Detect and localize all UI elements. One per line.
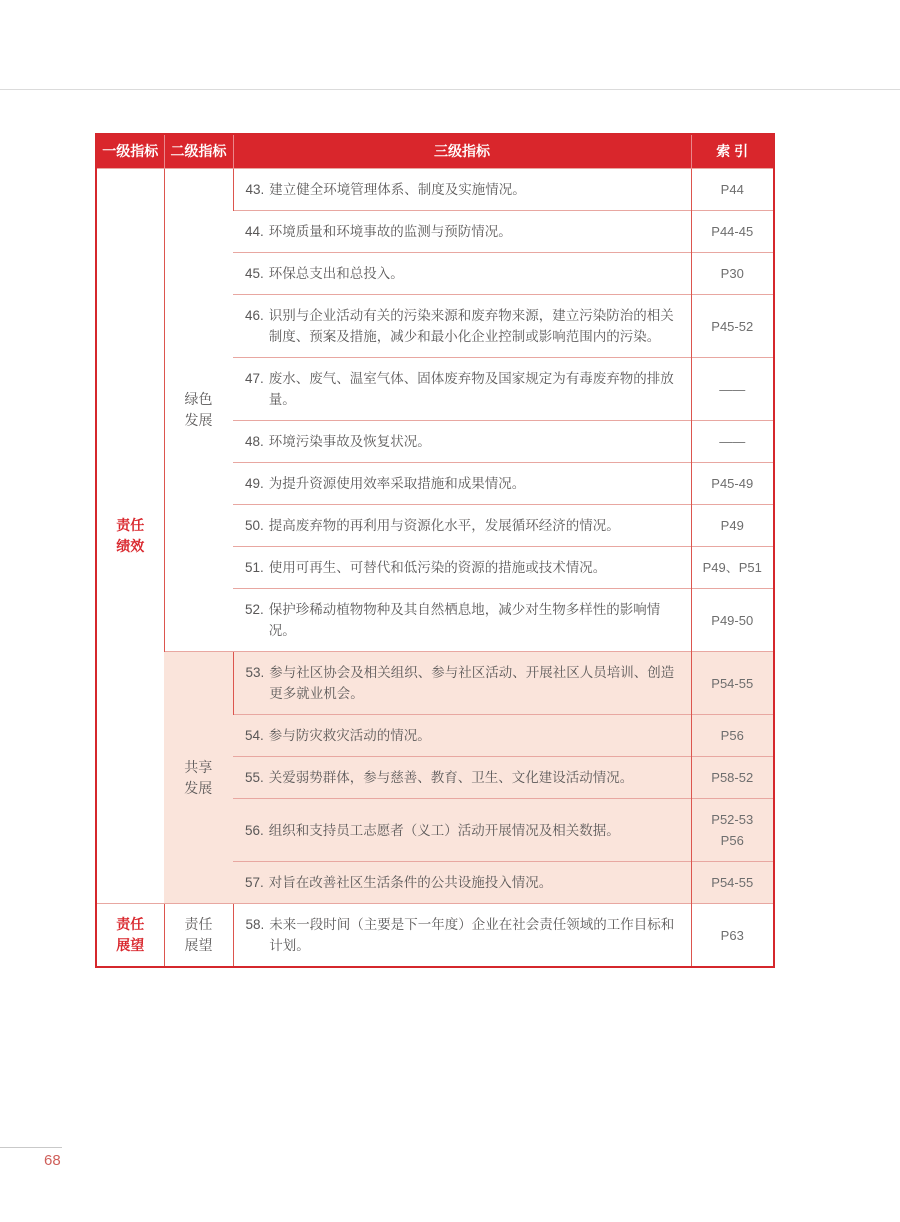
indicator-number: 44. <box>245 221 264 242</box>
index-cell: —— <box>691 421 774 463</box>
header-row: 一级指标二级指标三级指标索 引 <box>96 134 774 169</box>
level2-indicator-cell: 绿色 发展 <box>164 169 233 652</box>
level3-indicator-cell: 54.参与防灾救灾活动的情况。 <box>233 715 691 757</box>
indicator-index-section: 一级指标二级指标三级指标索 引 责任 绩效绿色 发展43.建立健全环境管理体系、… <box>95 133 773 968</box>
level3-indicator-cell: 53.参与社区协会及相关组织、参与社区活动、开展社区人员培训、创造更多就业机会。 <box>233 652 691 715</box>
indicator-number: 43. <box>246 179 265 200</box>
indicator-number: 56. <box>245 820 264 841</box>
indicator-text: 环保总支出和总投入。 <box>269 263 681 284</box>
column-header-3: 三级指标 <box>233 134 691 169</box>
indicator-number: 47. <box>245 368 264 410</box>
index-cell: P49-50 <box>691 589 774 652</box>
level3-indicator-cell: 48.环境污染事故及恢复状况。 <box>233 421 691 463</box>
indicator-text: 提高废弃物的再利用与资源化水平，发展循环经济的情况。 <box>269 515 681 536</box>
table-row: 责任 绩效绿色 发展43.建立健全环境管理体系、制度及实施情况。P44 <box>96 169 774 211</box>
indicator-text: 关爱弱势群体，参与慈善、教育、卫生、文化建设活动情况。 <box>269 767 681 788</box>
level1-indicator-cell: 责任 展望 <box>96 904 164 968</box>
level3-indicator-cell: 58.未来一段时间（主要是下一年度）企业在社会责任领域的工作目标和计划。 <box>233 904 691 968</box>
indicator-text: 环境质量和环境事故的监测与预防情况。 <box>269 221 681 242</box>
indicator-text: 环境污染事故及恢复状况。 <box>269 431 681 452</box>
index-cell: P58-52 <box>691 757 774 799</box>
indicator-text: 废水、废气、温室气体、固体废弃物及国家规定为有毒废弃物的排放量。 <box>269 368 681 410</box>
page-footer: 68 <box>0 1147 120 1169</box>
indicator-text: 未来一段时间（主要是下一年度）企业在社会责任领域的工作目标和计划。 <box>269 914 680 956</box>
indicator-text: 组织和支持员工志愿者（义工）活动开展情况及相关数据。 <box>269 820 681 841</box>
level2-indicator-cell: 责任 展望 <box>164 904 233 968</box>
indicator-number: 55. <box>245 767 264 788</box>
indicator-number: 57. <box>245 872 264 893</box>
indicator-text: 对旨在改善社区生活条件的公共设施投入情况。 <box>269 872 681 893</box>
index-cell: P49 <box>691 505 774 547</box>
column-header-1: 一级指标 <box>96 134 164 169</box>
indicator-text: 识别与企业活动有关的污染来源和废弃物来源，建立污染防治的相关制度、预案及措施，减… <box>269 305 681 347</box>
index-cell: —— <box>691 358 774 421</box>
level3-indicator-cell: 49.为提升资源使用效率采取措施和成果情况。 <box>233 463 691 505</box>
index-cell: P44-45 <box>691 211 774 253</box>
index-cell: P56 <box>691 715 774 757</box>
index-cell: P44 <box>691 169 774 211</box>
indicator-number: 50. <box>245 515 264 536</box>
index-cell: P54-55 <box>691 652 774 715</box>
level2-indicator-cell: 共享 发展 <box>164 652 233 904</box>
level3-indicator-cell: 57.对旨在改善社区生活条件的公共设施投入情况。 <box>233 862 691 904</box>
table-row: 责任 展望责任 展望58.未来一段时间（主要是下一年度）企业在社会责任领域的工作… <box>96 904 774 968</box>
indicator-text: 使用可再生、可替代和低污染的资源的措施或技术情况。 <box>269 557 681 578</box>
indicator-text: 参与社区协会及相关组织、参与社区活动、开展社区人员培训、创造更多就业机会。 <box>269 662 680 704</box>
level3-indicator-cell: 51.使用可再生、可替代和低污染的资源的措施或技术情况。 <box>233 547 691 589</box>
index-cell: P49、P51 <box>691 547 774 589</box>
indicator-text: 参与防灾救灾活动的情况。 <box>269 725 681 746</box>
level3-indicator-cell: 50.提高废弃物的再利用与资源化水平，发展循环经济的情况。 <box>233 505 691 547</box>
index-cell: P52-53 P56 <box>691 799 774 862</box>
indicator-text: 建立健全环境管理体系、制度及实施情况。 <box>269 179 680 200</box>
column-header-4: 索 引 <box>691 134 774 169</box>
indicator-number: 58. <box>246 914 265 956</box>
indicator-number: 45. <box>245 263 264 284</box>
index-cell: P63 <box>691 904 774 968</box>
indicator-text: 为提升资源使用效率采取措施和成果情况。 <box>269 473 681 494</box>
table-header: 一级指标二级指标三级指标索 引 <box>96 134 774 169</box>
table-body: 责任 绩效绿色 发展43.建立健全环境管理体系、制度及实施情况。P4444.环境… <box>96 169 774 968</box>
indicator-number: 52. <box>245 599 264 641</box>
indicator-number: 51. <box>245 557 264 578</box>
level3-indicator-cell: 47.废水、废气、温室气体、固体废弃物及国家规定为有毒废弃物的排放量。 <box>233 358 691 421</box>
level3-indicator-cell: 52.保护珍稀动植物物种及其自然栖息地，减少对生物多样性的影响情况。 <box>233 589 691 652</box>
column-header-2: 二级指标 <box>164 134 233 169</box>
index-cell: P30 <box>691 253 774 295</box>
table-row: 共享 发展53.参与社区协会及相关组织、参与社区活动、开展社区人员培训、创造更多… <box>96 652 774 715</box>
index-cell: P45-49 <box>691 463 774 505</box>
level3-indicator-cell: 46.识别与企业活动有关的污染来源和废弃物来源，建立污染防治的相关制度、预案及措… <box>233 295 691 358</box>
indicator-number: 48. <box>245 431 264 452</box>
level3-indicator-cell: 45.环保总支出和总投入。 <box>233 253 691 295</box>
level3-indicator-cell: 56.组织和支持员工志愿者（义工）活动开展情况及相关数据。 <box>233 799 691 862</box>
footer-divider <box>0 1147 62 1148</box>
indicator-table: 一级指标二级指标三级指标索 引 责任 绩效绿色 发展43.建立健全环境管理体系、… <box>95 133 775 968</box>
index-cell: P54-55 <box>691 862 774 904</box>
index-cell: P45-52 <box>691 295 774 358</box>
level3-indicator-cell: 43.建立健全环境管理体系、制度及实施情况。 <box>233 169 691 211</box>
level1-indicator-cell: 责任 绩效 <box>96 169 164 904</box>
indicator-number: 46. <box>245 305 264 347</box>
level3-indicator-cell: 44.环境质量和环境事故的监测与预防情况。 <box>233 211 691 253</box>
top-divider <box>0 89 900 90</box>
page-number: 68 <box>44 1152 120 1169</box>
level3-indicator-cell: 55.关爱弱势群体，参与慈善、教育、卫生、文化建设活动情况。 <box>233 757 691 799</box>
indicator-number: 53. <box>246 662 265 704</box>
indicator-text: 保护珍稀动植物物种及其自然栖息地，减少对生物多样性的影响情况。 <box>269 599 681 641</box>
indicator-number: 54. <box>245 725 264 746</box>
indicator-number: 49. <box>245 473 264 494</box>
